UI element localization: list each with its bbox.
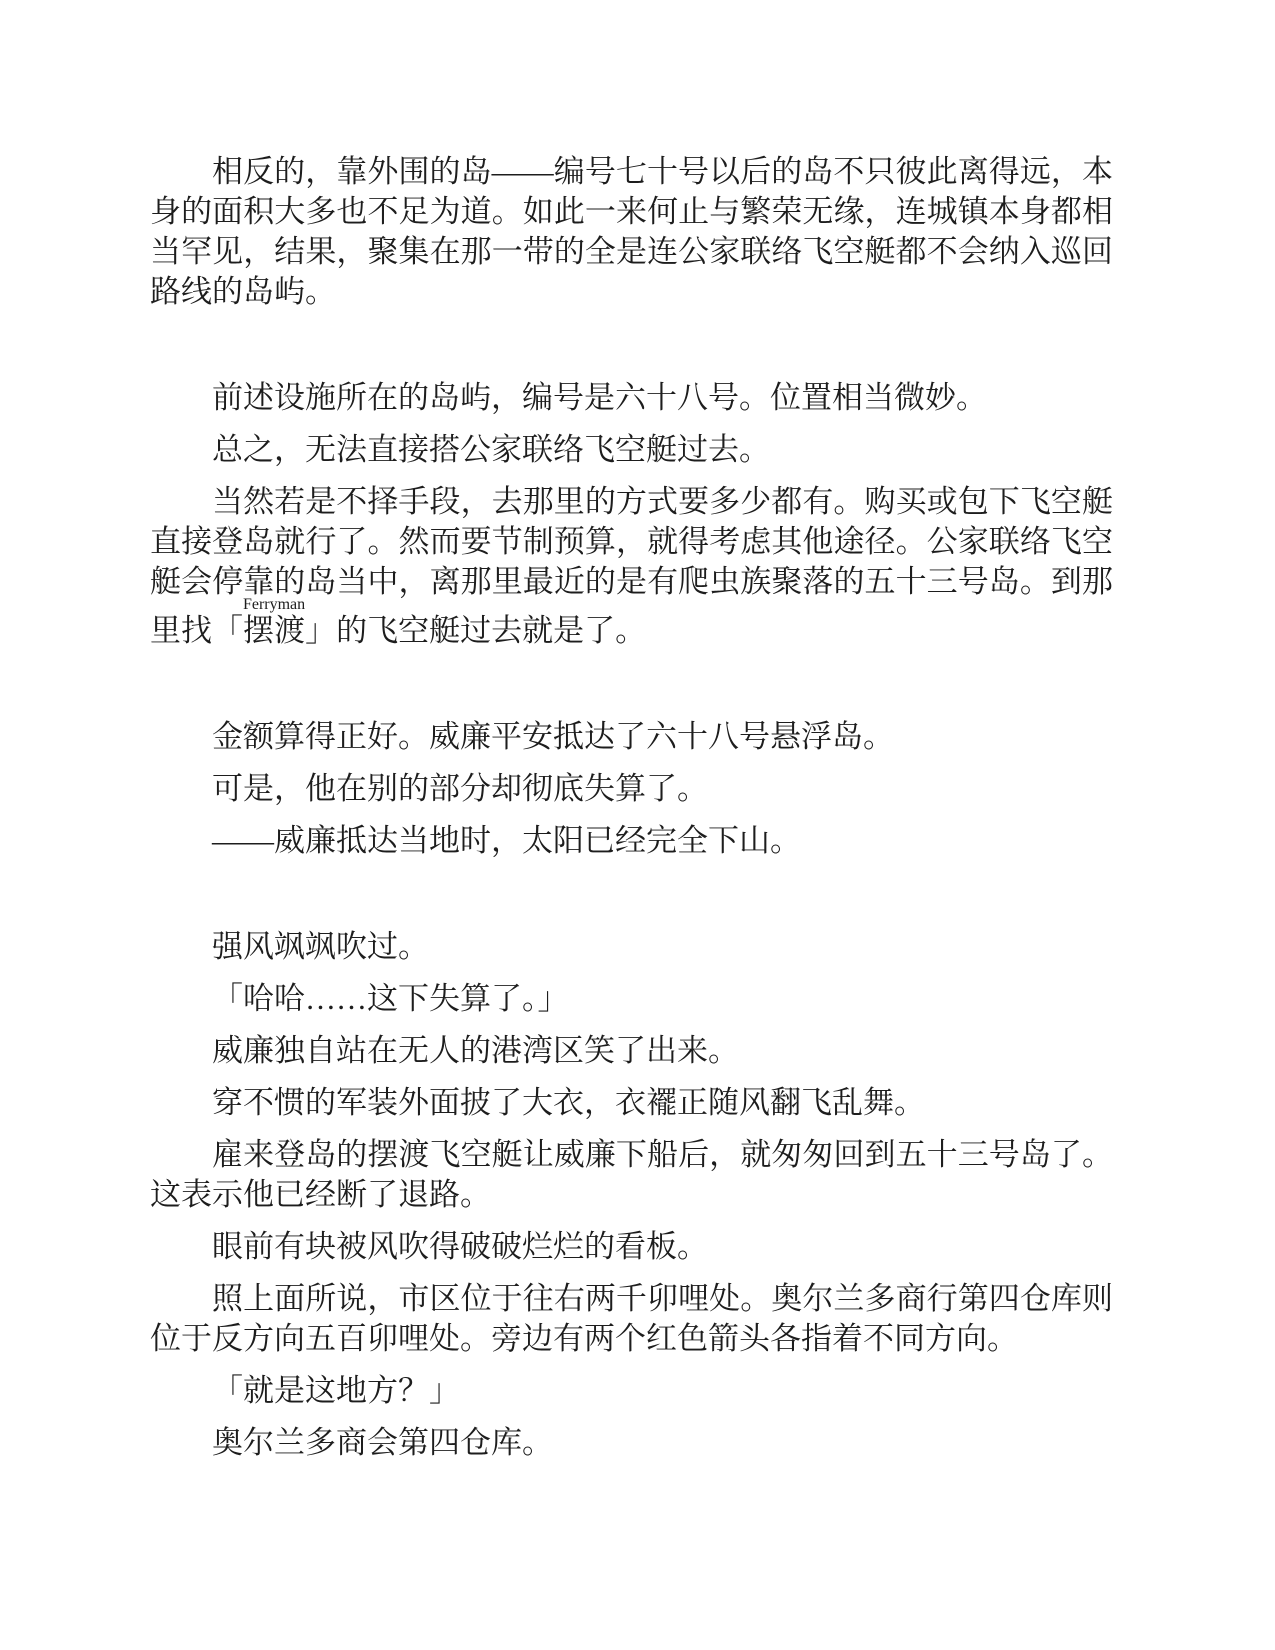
paragraph: 「就是这地方？」 (150, 1371, 1113, 1411)
ruby-annotation: Ferryman (243, 596, 305, 613)
paragraph: 强风飒飒吹过。 (150, 927, 1113, 967)
paragraph: 金额算得正好。威廉平安抵达了六十八号悬浮岛。 (150, 717, 1113, 757)
paragraph: 眼前有块被风吹得破破烂烂的看板。 (150, 1227, 1113, 1267)
paragraph: 「哈哈……这下失算了。」 (150, 979, 1113, 1019)
ruby-ferryman: 摆渡Ferryman (243, 613, 305, 648)
paragraph: 穿不惯的军装外面披了大衣，衣襬正随风翻飞乱舞。 (150, 1083, 1113, 1123)
page-content: 相反的，靠外围的岛——编号七十号以后的岛不只彼此离得远，本身的面积大多也不足为道… (150, 0, 1113, 1463)
paragraph: 相反的，靠外围的岛——编号七十号以后的岛不只彼此离得远，本身的面积大多也不足为道… (150, 152, 1113, 312)
paragraph: 雇来登岛的摆渡飞空艇让威廉下船后，就匆匆回到五十三号岛了。这表示他已经断了退路。 (150, 1135, 1113, 1215)
paragraph: 可是，他在别的部分却彻底失算了。 (150, 769, 1113, 809)
paragraph: ——威廉抵达当地时，太阳已经完全下山。 (150, 821, 1113, 861)
document-page: 相反的，靠外围的岛——编号七十号以后的岛不只彼此离得远，本身的面积大多也不足为道… (0, 0, 1275, 1650)
paragraph: 奥尔兰多商会第四仓库。 (150, 1423, 1113, 1463)
paragraph: 当然若是不择手段，去那里的方式要多少都有。购买或包下飞空艇直接登岛就行了。然而要… (150, 482, 1113, 651)
paragraph: 照上面所说，市区位于往右两千卯哩处。奥尔兰多商行第四仓库则位于反方向五百卯哩处。… (150, 1279, 1113, 1359)
paragraph: 总之，无法直接搭公家联络飞空艇过去。 (150, 430, 1113, 470)
paragraph: 前述设施所在的岛屿，编号是六十八号。位置相当微妙。 (150, 378, 1113, 418)
paragraph: 威廉独自站在无人的港湾区笑了出来。 (150, 1031, 1113, 1071)
